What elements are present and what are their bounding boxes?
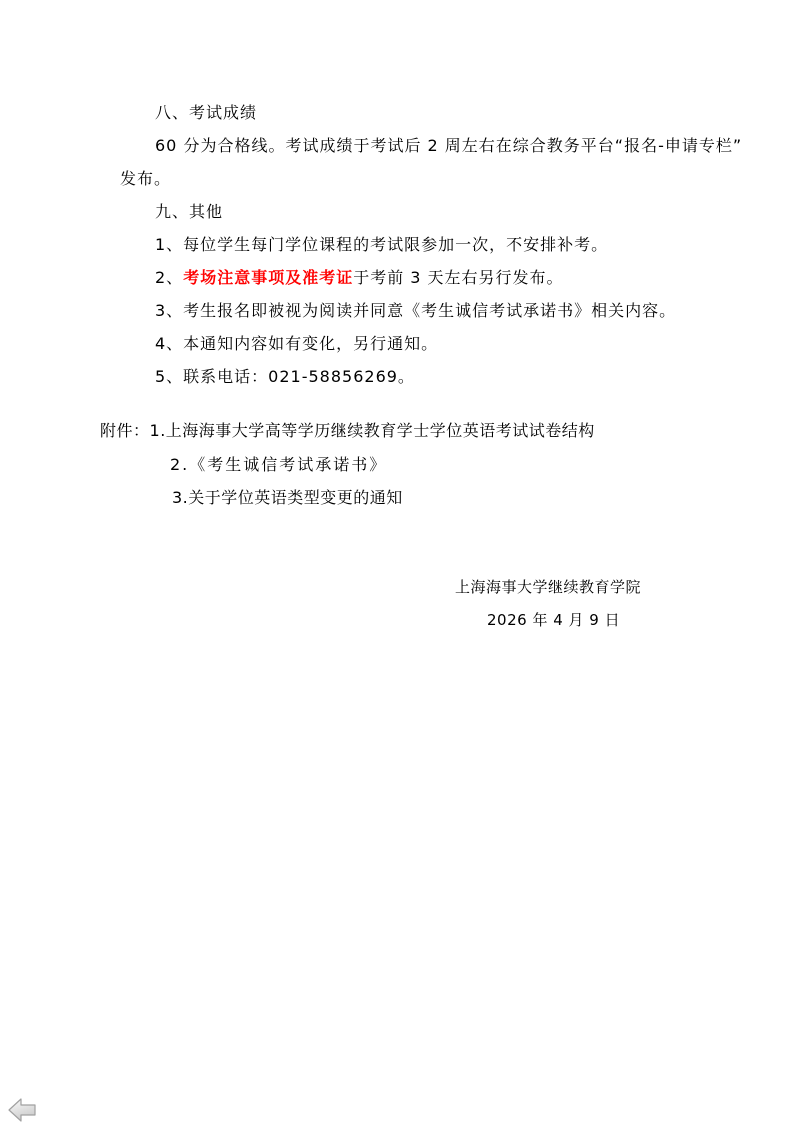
section-8-heading: 八、考试成绩 bbox=[155, 103, 257, 123]
attachment-item-3: 3.关于学位英语类型变更的通知 bbox=[172, 488, 403, 508]
section-9-item-2: 2、考场注意事项及准考证于考前 3 天左右另行发布。 bbox=[155, 268, 564, 288]
section-9-heading: 九、其他 bbox=[155, 202, 223, 222]
item-2-suffix: 于考前 3 天左右另行发布。 bbox=[353, 268, 563, 287]
attachments-label: 附件： bbox=[100, 421, 150, 440]
item-2-highlight: 考场注意事项及准考证 bbox=[183, 268, 353, 287]
section-9-item-3: 3、考生报名即被视为阅读并同意《考生诚信考试承诺书》相关内容。 bbox=[155, 301, 676, 321]
signature-organization: 上海海事大学继续教育学院 bbox=[455, 577, 641, 597]
section-9-item-1: 1、每位学生每门学位课程的考试限参加一次，不安排补考。 bbox=[155, 235, 608, 255]
attachment-item-1: 1.上海海事大学高等学历继续教育学士学位英语考试试卷结构 bbox=[150, 421, 595, 440]
item-2-number: 2、 bbox=[155, 268, 183, 287]
item-4-text: 4、本通知内容如有变化，另行通知。 bbox=[155, 334, 438, 353]
attachment-item-2: 2.《考生诚信考试承诺书》 bbox=[170, 455, 387, 475]
notice-document-page: 八、考试成绩 60 分为合格线。考试成绩于考试后 2 周左右在综合教务平台“报名… bbox=[0, 0, 800, 1133]
section-8-paragraph-line-1: 60 分为合格线。考试成绩于考试后 2 周左右在综合教务平台“报名-申请专栏” bbox=[155, 136, 742, 156]
item-1-text: 1、每位学生每门学位课程的考试限参加一次，不安排补考。 bbox=[155, 235, 608, 254]
back-arrow-icon[interactable] bbox=[8, 1097, 36, 1123]
attachments-line-1: 附件：1.上海海事大学高等学历继续教育学士学位英语考试试卷结构 bbox=[100, 421, 595, 441]
item-5-text: 5、联系电话：021-58856269。 bbox=[155, 367, 415, 386]
signature-date: 2026 年 4 月 9 日 bbox=[487, 610, 620, 630]
section-8-paragraph-line-2: 发布。 bbox=[120, 169, 171, 189]
section-9-item-4: 4、本通知内容如有变化，另行通知。 bbox=[155, 334, 438, 354]
section-9-item-5: 5、联系电话：021-58856269。 bbox=[155, 367, 415, 387]
item-3-text: 3、考生报名即被视为阅读并同意《考生诚信考试承诺书》相关内容。 bbox=[155, 301, 676, 320]
